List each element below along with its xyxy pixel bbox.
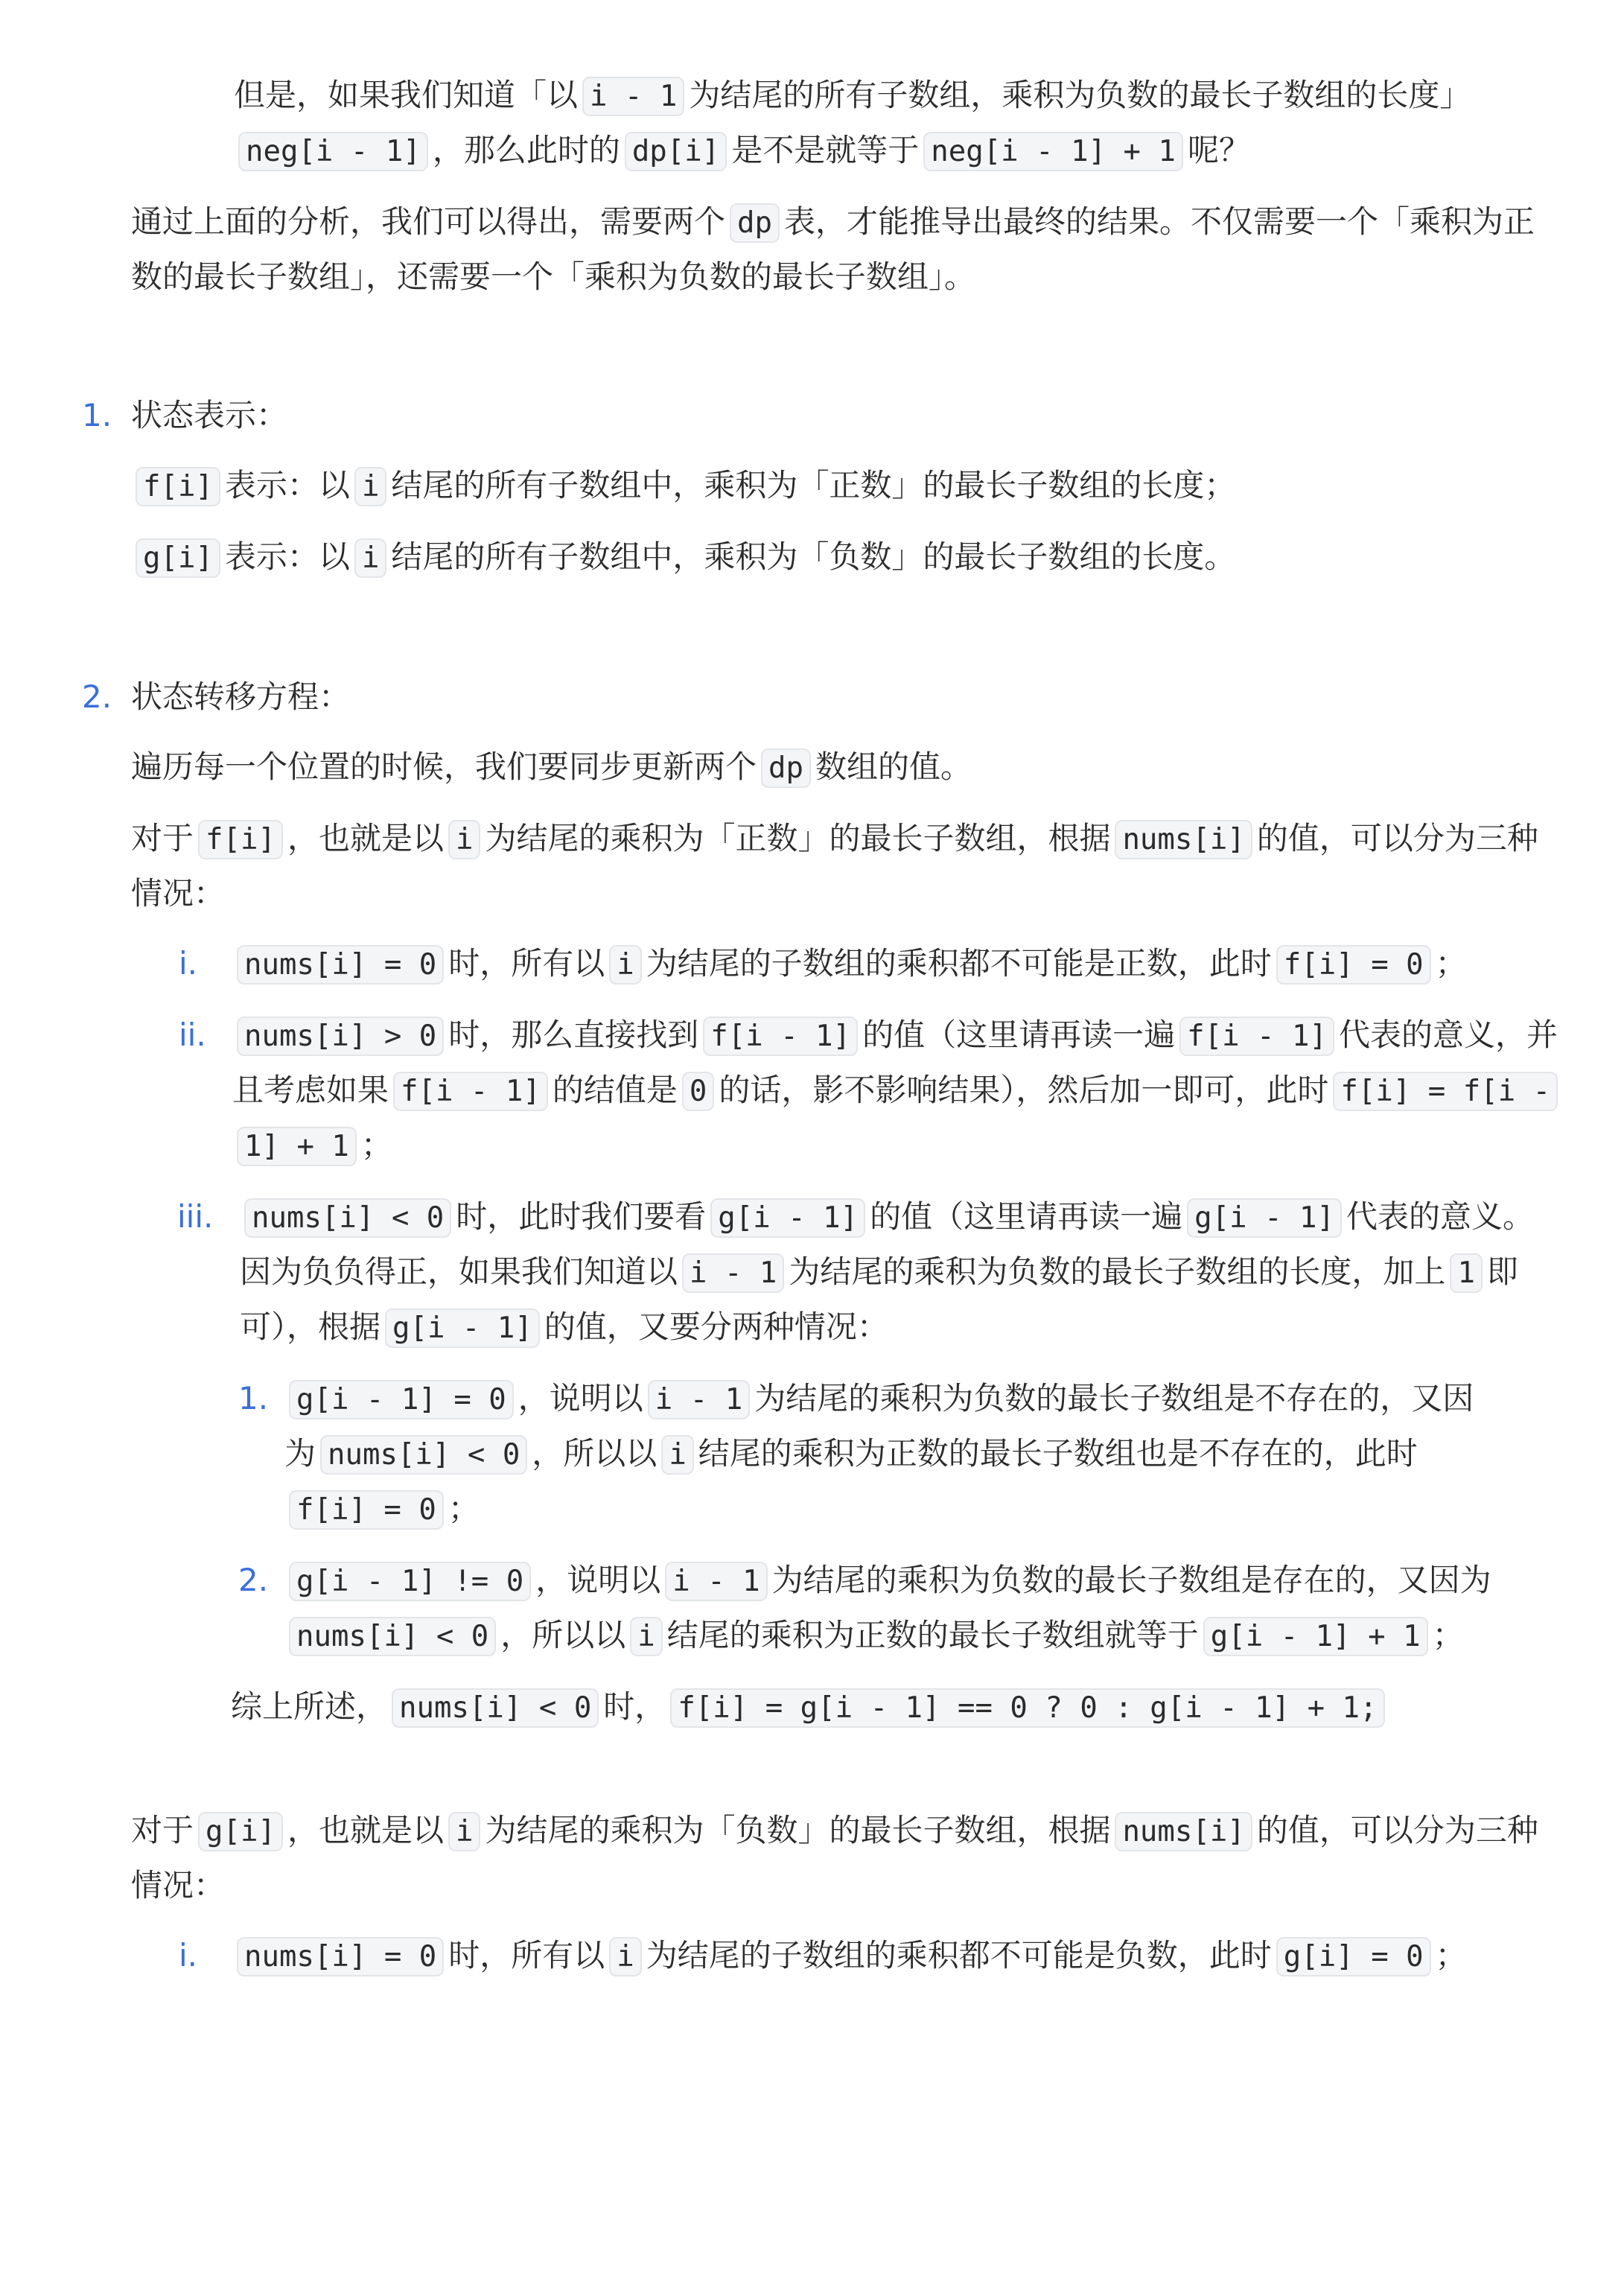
text: 为结尾的乘积为负数的最长子数组的长度，加上	[789, 1253, 1445, 1290]
text: ，所以以	[500, 1617, 625, 1653]
text: 通过上面的分析，我们可以得出，需要两个	[131, 203, 725, 240]
text: 对于	[131, 820, 194, 856]
inline-code: g[i - 1]	[385, 1308, 540, 1348]
inline-code: dp	[761, 748, 811, 788]
inline-code: i	[448, 820, 480, 859]
g-definition: g[i]表示：以i结尾的所有子数组中，乘积为「负数」的最长子数组的长度。	[131, 530, 1561, 585]
text: ，那么此时的	[433, 132, 620, 168]
f-subcase-g-nonzero: 2. g[i - 1] != 0，说明以i - 1为结尾的乘积为负数的最长子数组…	[284, 1554, 1498, 1664]
text: 数组的值。	[815, 748, 972, 785]
inline-code: 0	[682, 1072, 714, 1111]
list-marker: 2.	[238, 1554, 268, 1607]
inline-code: f[i]	[136, 467, 220, 506]
inline-code: nums[i] < 0	[320, 1435, 527, 1475]
inline-code: f[i - 1]	[393, 1072, 548, 1111]
inline-code: nums[i] < 0	[289, 1617, 496, 1656]
list-marker: ii.	[179, 1008, 206, 1062]
inline-code: dp[i]	[625, 132, 727, 171]
text: 的值，又要分两种情况：	[544, 1308, 888, 1345]
intro-quote-paragraph: 但是，如果我们知道「以i - 1为结尾的所有子数组，乘积为负数的最长子数组的长度…	[234, 69, 1515, 179]
text: 的话，影不影响结果），然后加一即可，此时	[719, 1072, 1328, 1108]
inline-code: neg[i - 1]	[238, 132, 428, 171]
inline-code: nums[i]	[1115, 820, 1252, 859]
text: 为结尾的子数组的乘积都不可能是正数，此时	[646, 945, 1272, 982]
inline-code: g[i - 1] + 1	[1203, 1617, 1428, 1656]
text: 为结尾的子数组的乘积都不可能是负数，此时	[646, 1937, 1272, 1974]
text: 时，此时我们要看	[456, 1198, 706, 1235]
text: 表示：以	[225, 467, 350, 503]
f-case-positive: ii. nums[i] > 0时，那么直接找到f[i - 1]的值（这里请再读一…	[232, 1008, 1558, 1174]
inline-code: i	[630, 1617, 662, 1656]
inline-code: i	[354, 538, 386, 578]
inline-code: g[i - 1]	[1187, 1198, 1342, 1238]
f-case-negative: iii. nums[i] < 0时，此时我们要看g[i - 1]的值（这里请再读…	[240, 1190, 1558, 1735]
text: 时，所有以	[448, 945, 605, 982]
text: 遍历每一个位置的时候，我们要同步更新两个	[131, 748, 757, 785]
text: ；	[1433, 1617, 1464, 1653]
inline-code: nums[i] = 0	[237, 1937, 444, 1977]
list-marker: iii.	[177, 1190, 213, 1244]
inline-code: g[i]	[198, 1812, 283, 1851]
inline-code: i	[661, 1435, 693, 1475]
text: 是不是就等于	[731, 132, 919, 168]
inline-code: g[i - 1] = 0	[289, 1380, 514, 1419]
g-intro-paragraph: 对于g[i]，也就是以i为结尾的乘积为「负数」的最长子数组，根据nums[i]的…	[131, 1804, 1561, 1912]
text: ，说明以	[535, 1562, 660, 1598]
text: 为结尾的乘积为负数的最长子数组是存在的，又因为	[772, 1562, 1491, 1598]
text: 表示：以	[225, 538, 350, 575]
inline-code: g[i] = 0	[1276, 1937, 1431, 1977]
section-state-transition: 2. 状态转移方程： 遍历每一个位置的时候，我们要同步更新两个dp数组的值。 对…	[131, 670, 1561, 1984]
text: 的值（这里请再读一遍	[862, 1017, 1175, 1053]
f-intro-paragraph: 对于f[i]，也就是以i为结尾的乘积为「正数」的最长子数组，根据nums[i]的…	[131, 812, 1561, 920]
inline-code: nums[i] = 0	[237, 945, 444, 985]
g-case-zero: i. nums[i] = 0时，所有以i为结尾的子数组的乘积都不可能是负数，此时…	[232, 1929, 1558, 1984]
list-marker: 1.	[82, 389, 112, 442]
document-page: 但是，如果我们知道「以i - 1为结尾的所有子数组，乘积为负数的最长子数组的长度…	[0, 0, 1624, 1984]
text: ，所以以	[532, 1435, 657, 1472]
inline-code: i - 1	[665, 1562, 767, 1601]
inline-code: nums[i] < 0	[244, 1198, 451, 1238]
inline-code: f[i - 1]	[1179, 1017, 1334, 1056]
list-marker: 2.	[82, 670, 112, 724]
inline-code: i	[609, 1937, 641, 1977]
section-state-representation: 1. 状态表示： f[i]表示：以i结尾的所有子数组中，乘积为「正数」的最长子数…	[131, 389, 1561, 585]
text: ，也就是以	[287, 1812, 444, 1848]
text: 结尾的乘积为正数的最长子数组就等于	[667, 1617, 1199, 1653]
inline-code: g[i - 1] != 0	[289, 1562, 531, 1601]
inline-code: g[i]	[136, 538, 220, 578]
inline-code: i - 1	[582, 77, 684, 116]
inline-code: f[i - 1]	[703, 1017, 858, 1056]
f-conclusion: 综上所述，nums[i] < 0时，f[i] = g[i - 1] == 0 ?…	[231, 1680, 1558, 1735]
inline-code: i - 1	[682, 1253, 784, 1293]
inline-code: dp	[730, 203, 780, 243]
inline-code: nums[i]	[1115, 1812, 1252, 1851]
text: 为结尾的乘积为「正数」的最长子数组，根据	[485, 820, 1110, 856]
inline-code: f[i] = 0	[1276, 945, 1431, 985]
list-marker: 1.	[238, 1372, 268, 1425]
text: 的值（这里请再读一遍	[870, 1198, 1182, 1235]
text: ；	[1436, 1937, 1467, 1974]
text: 时，那么直接找到	[448, 1017, 698, 1053]
inline-code: neg[i - 1] + 1	[923, 132, 1183, 171]
list-marker: i.	[179, 1929, 197, 1982]
inline-code: f[i]	[198, 820, 283, 859]
list-marker: i.	[179, 937, 197, 990]
text: ；	[448, 1490, 480, 1527]
text: 结尾的所有子数组中，乘积为「负数」的最长子数组的长度。	[391, 538, 1235, 575]
inline-code: nums[i] < 0	[392, 1688, 599, 1728]
inline-code: g[i - 1]	[710, 1198, 865, 1238]
traverse-paragraph: 遍历每一个位置的时候，我们要同步更新两个dp数组的值。	[131, 740, 1561, 795]
text: 结尾的所有子数组中，乘积为「正数」的最长子数组的长度；	[391, 467, 1235, 503]
inline-code: f[i] = g[i - 1] == 0 ? 0 : g[i - 1] + 1;	[670, 1688, 1384, 1728]
text: 但是，如果我们知道「以	[234, 77, 578, 113]
text: ；	[1436, 945, 1467, 982]
text: 为结尾的所有子数组，乘积为负数的最长子数组的长度」	[689, 77, 1471, 113]
f-subcase-g-zero: 1. g[i - 1] = 0，说明以i - 1为结尾的乘积为负数的最长子数组是…	[284, 1372, 1498, 1537]
inline-code: 1	[1450, 1253, 1482, 1293]
f-definition: f[i]表示：以i结尾的所有子数组中，乘积为「正数」的最长子数组的长度；	[131, 459, 1561, 514]
inline-code: i	[609, 945, 641, 985]
text: 综上所述，	[231, 1688, 387, 1725]
inline-code: i - 1	[648, 1380, 750, 1419]
section-title: 状态表示：	[131, 389, 1561, 442]
summary-paragraph: 通过上面的分析，我们可以得出，需要两个dp表，才能推导出最终的结果。不仅需要一个…	[131, 195, 1561, 304]
text: ，说明以	[518, 1380, 643, 1416]
section-title: 状态转移方程：	[131, 670, 1561, 724]
inline-code: nums[i] > 0	[237, 1017, 444, 1056]
inline-code: f[i] = 0	[289, 1490, 444, 1530]
text: 的结值是	[553, 1072, 678, 1108]
f-case-zero: i. nums[i] = 0时，所有以i为结尾的子数组的乘积都不可能是正数，此时…	[232, 937, 1558, 992]
text: 时，所有以	[448, 1937, 605, 1974]
text: 结尾的乘积为正数的最长子数组也是不存在的，此时	[698, 1435, 1418, 1472]
text: 为结尾的乘积为「负数」的最长子数组，根据	[485, 1812, 1110, 1848]
text: 时，	[603, 1688, 666, 1725]
inline-code: i	[354, 467, 386, 506]
inline-code: i	[448, 1812, 480, 1851]
text: 对于	[131, 1812, 194, 1848]
text: ；	[361, 1127, 392, 1163]
text: ，也就是以	[287, 820, 444, 856]
text: 呢？	[1188, 132, 1250, 168]
